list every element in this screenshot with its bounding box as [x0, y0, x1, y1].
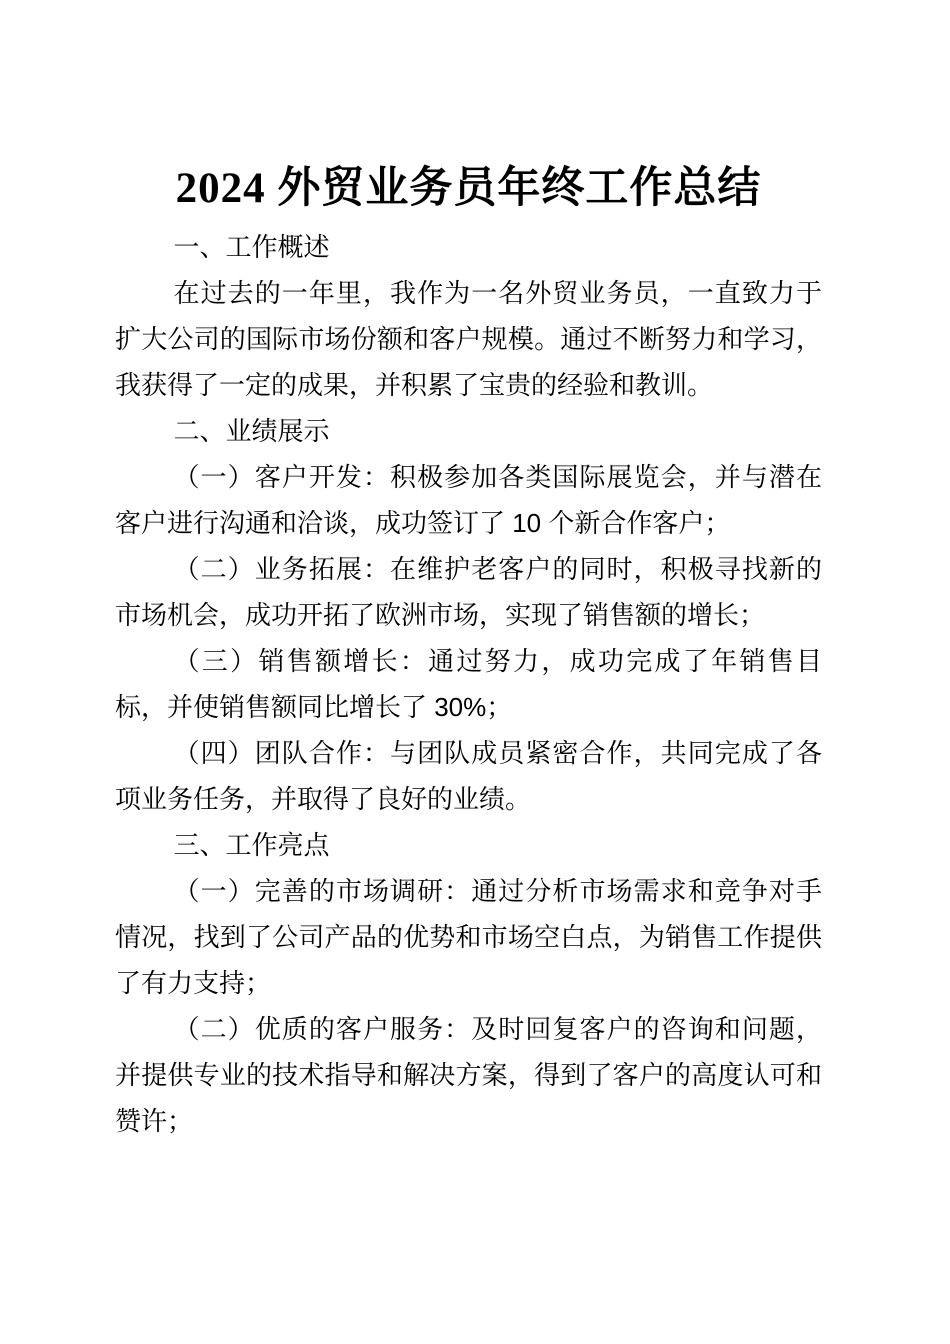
paragraph-customer-development: （一）客户开发：积极参加各类国际展览会，并与潜在客户进行沟通和洽谈，成功签订了 …: [115, 454, 822, 546]
paragraph-business-expansion: （二）业务拓展：在维护老客户的同时，积极寻找新的市场机会，成功开拓了欧洲市场，实…: [115, 546, 822, 638]
document-content: 2024 外贸业务员年终工作总结 一、工作概述 在过去的一年里，我作为一名外贸业…: [115, 0, 822, 1144]
section-heading-work-overview: 一、工作概述: [115, 224, 822, 270]
paragraph-teamwork: （四）团队合作：与团队成员紧密合作，共同完成了各项业务任务，并取得了良好的业绩。: [115, 730, 822, 822]
paragraph-market-research: （一）完善的市场调研：通过分析市场需求和竞争对手情况，找到了公司产品的优势和市场…: [115, 868, 822, 1006]
document-page: 2024 外贸业务员年终工作总结 一、工作概述 在过去的一年里，我作为一名外贸业…: [0, 0, 950, 1344]
paragraph-work-overview: 在过去的一年里，我作为一名外贸业务员，一直致力于扩大公司的国际市场份额和客户规模…: [115, 270, 822, 408]
section-heading-performance: 二、业绩展示: [115, 408, 822, 454]
paragraph-customer-service: （二）优质的客户服务：及时回复客户的咨询和问题，并提供专业的技术指导和解决方案，…: [115, 1006, 822, 1144]
document-title: 2024 外贸业务员年终工作总结: [115, 160, 822, 218]
section-heading-highlights: 三、工作亮点: [115, 822, 822, 868]
paragraph-sales-growth: （三）销售额增长：通过努力，成功完成了年销售目标，并使销售额同比增长了 30%；: [115, 638, 822, 730]
